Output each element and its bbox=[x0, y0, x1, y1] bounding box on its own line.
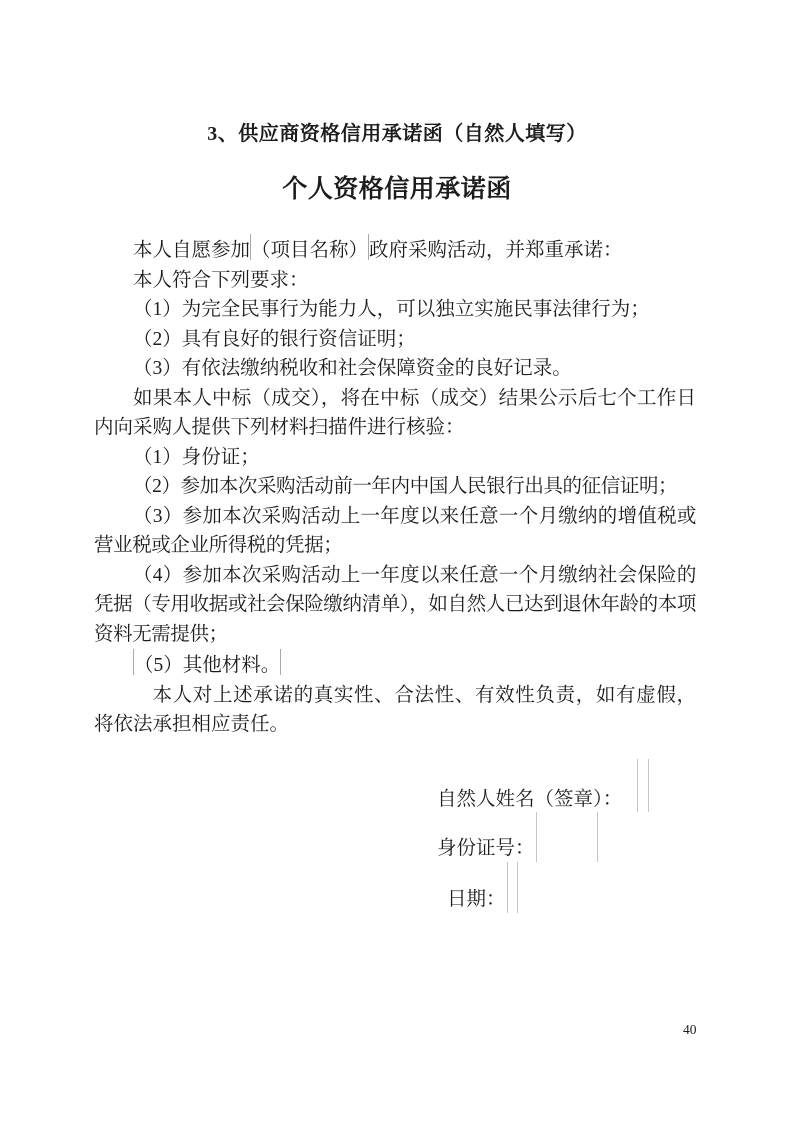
document-page: 3、供应商资格信用承诺函（自然人填写） 个人资格信用承诺函 本人自愿参加（项目名… bbox=[0, 0, 794, 1122]
material-1: （1）身份证； bbox=[94, 443, 696, 473]
field-boundary-line bbox=[507, 862, 508, 913]
closing-paragraph: 本人对上述承诺的真实性、合法性、有效性负责，如有虚假，将依法承担相应责任。 bbox=[94, 681, 696, 740]
requirements-lead: 本人符合下列要求： bbox=[94, 266, 696, 296]
signer-name-field[interactable] bbox=[649, 759, 695, 812]
intro-text-after: 政府采购活动，并郑重承诺： bbox=[369, 240, 623, 261]
date-label: 日期： bbox=[447, 883, 506, 911]
document-title: 个人资格信用承诺函 bbox=[0, 169, 794, 205]
project-name-placeholder[interactable]: （项目名称） bbox=[251, 240, 368, 261]
id-number-label: 身份证号： bbox=[437, 832, 535, 860]
material-5-text: （5）其他材料。 bbox=[134, 655, 280, 676]
material-3: （3）参加本次采购活动上一年度以来任意一个月缴纳的增值税或营业税或企业所得税的凭… bbox=[94, 502, 696, 561]
requirement-1: （1）为完全民事行为能力人，可以独立实施民事法律行为； bbox=[94, 295, 696, 325]
id-number-field[interactable] bbox=[537, 812, 597, 862]
material-4: （4）参加本次采购活动上一年度以来任意一个月缴纳社会保险的凭据（专用收据或社会保… bbox=[94, 561, 696, 650]
date-field[interactable] bbox=[518, 862, 578, 913]
document-body: 本人自愿参加（项目名称）政府采购活动，并郑重承诺： 本人符合下列要求： （1）为… bbox=[94, 234, 696, 740]
requirement-3: （3）有依法缴纳税收和社会保障资金的良好记录。 bbox=[94, 354, 696, 384]
requirement-2: （2）具有良好的银行资信证明； bbox=[94, 325, 696, 355]
material-5: （5）其他材料。 bbox=[94, 649, 696, 681]
page-number: 40 bbox=[683, 1022, 697, 1038]
form-field-mark bbox=[280, 649, 281, 675]
material-2: （2）参加本次采购活动前一年内中国人民银行出具的征信证明； bbox=[94, 472, 696, 502]
signer-name-label: 自然人姓名（签章）： bbox=[437, 783, 622, 811]
intro-paragraph: 本人自愿参加（项目名称）政府采购活动，并郑重承诺： bbox=[94, 234, 696, 266]
award-notice-paragraph: 如果本人中标（成交），将在中标（成交）结果公示后七个工作日内向采购人提供下列材料… bbox=[94, 384, 696, 443]
field-boundary-line bbox=[637, 759, 638, 812]
section-heading: 3、供应商资格信用承诺函（自然人填写） bbox=[0, 117, 794, 146]
field-boundary-line bbox=[597, 812, 598, 862]
intro-text-before: 本人自愿参加 bbox=[133, 240, 250, 261]
